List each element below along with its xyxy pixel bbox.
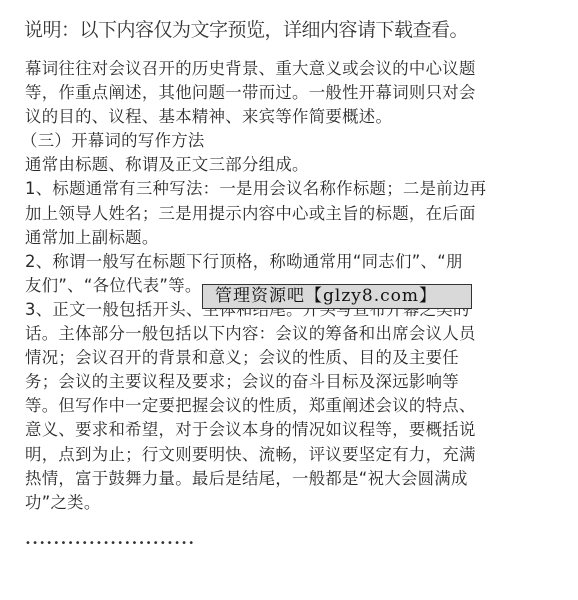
text-line: 幕词往往对会议召开的历史背景、重大意义或会议的中心议题 [25, 57, 555, 81]
text-line: 情况；会议召开的背景和意义；会议的性质、目的及主要任 [25, 346, 555, 370]
text-line: 议的目的、议程、基本精神、来宾等作简要概述。 [25, 105, 555, 129]
text-line: 通常加上副标题。 [25, 226, 555, 250]
text-line: 2、称谓一般写在标题下行顶格，称呦通常用“同志们”、“朋 [25, 250, 555, 274]
text-line: 功”之类。 [25, 491, 555, 515]
text-line: 意义、要求和希望，对于会议本身的情况如议程等，要概括说 [25, 418, 555, 442]
section-heading: （三）开幕词的写作方法 [21, 129, 555, 153]
watermark-banner: 管理资源吧【glzy8.com】 [202, 284, 472, 309]
text-line: 1、标题通常有三种写法：一是用会议名称作标题；二是前边再 [25, 177, 555, 201]
text-line: 等。但写作中一定要把握会议的性质，郑重阐述会议的特点、 [25, 394, 555, 418]
text-line: 加上领导人姓名；三是用提示内容中心或主旨的标题，在后面 [25, 202, 555, 226]
text-line: 通常由标题、称谓及正文三部分组成。 [25, 153, 555, 177]
text-line: 话。主体部分一般包括以下内容：会议的筹备和出席会议人员 [25, 322, 555, 346]
text-line: 明，点到为止；行文则要明快、流畅，评议要坚定有力，充满 [25, 443, 555, 467]
text-line: 热情，富于鼓舞力量。最后是结尾，一般都是“祝大会圆满成 [25, 467, 555, 491]
preview-notice: 说明：以下内容仅为文字预览，详细内容请下载查看。 [24, 16, 468, 44]
text-line: 务；会议的主要议程及要求；会议的奋斗目标及深远影响等 [25, 370, 555, 394]
continuation-ellipsis: •••••••••••••••••••••••• [25, 538, 195, 550]
text-line: 等，作重点阐述，其他问题一带而过。一般性开幕词则只对会 [25, 81, 555, 105]
